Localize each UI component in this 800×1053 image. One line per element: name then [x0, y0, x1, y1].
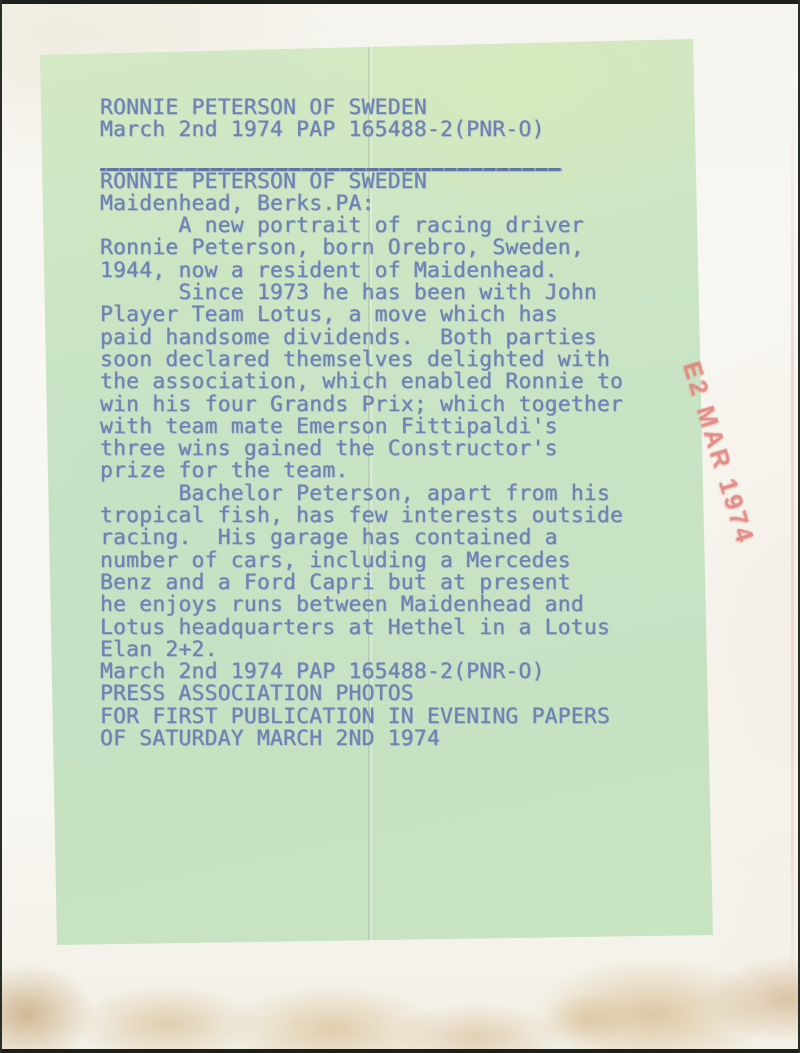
green-caption-sheet: RONNIE PETERSON OF SWEDEN March 2nd 1974…: [0, 0, 800, 1053]
body-paragraph-1: A new portrait of racing driver Ronnie P…: [100, 215, 660, 282]
header-reference-line-2: March 2nd 1974 PAP 165488-2(PNR-O): [100, 119, 660, 141]
photo-of-press-release: RONNIE PETERSON OF SWEDEN March 2nd 1974…: [0, 0, 800, 1053]
publication-notice-line-2: OF SATURDAY MARCH 2ND 1974: [100, 728, 660, 750]
photo-edge-top: [0, 0, 800, 4]
body-paragraph-3: Bachelor Peterson, apart from his tropic…: [100, 483, 660, 661]
photo-edge-bottom: [0, 1049, 800, 1053]
photo-edge-discoloration: [791, 84, 794, 1024]
credit-agency-line: PRESS ASSOCIATION PHOTOS: [100, 683, 660, 705]
typewritten-content: RONNIE PETERSON OF SWEDEN March 2nd 1974…: [100, 97, 660, 750]
header-reference-line-1: RONNIE PETERSON OF SWEDEN: [100, 97, 660, 119]
publication-notice-line-1: FOR FIRST PUBLICATION IN EVENING PAPERS: [100, 706, 660, 728]
photo-edge-left: [0, 0, 2, 1053]
credit-reference-line: March 2nd 1974 PAP 165488-2(PNR-O): [100, 661, 660, 683]
dateline: Maidenhead, Berks.PA:: [100, 193, 660, 215]
body-paragraph-2: Since 1973 he has been with John Player …: [100, 282, 660, 483]
document-title: RONNIE PETERSON OF SWEDEN: [100, 171, 660, 193]
